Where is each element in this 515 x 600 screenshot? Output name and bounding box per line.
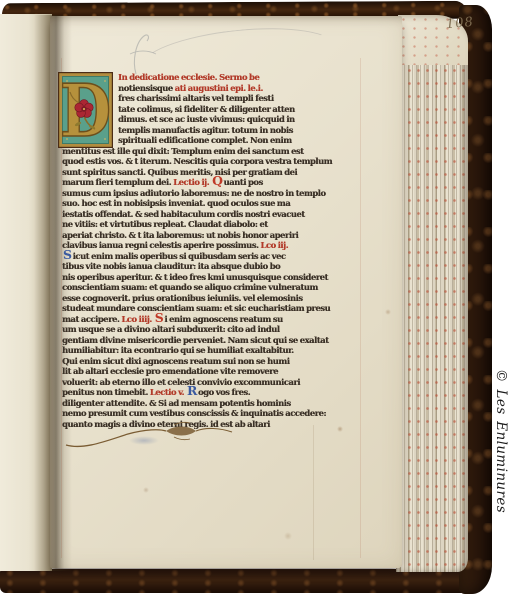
- body-text: icut enim malis operibus si quibusdam se…: [73, 251, 286, 261]
- body-text: conscientiam suam: et quando se aliquo c…: [62, 282, 318, 292]
- body-text: i enim agnoscens reatum su: [164, 314, 282, 324]
- copyright-credit: © Les Enluminures: [491, 280, 509, 600]
- body-text: studeat mundare conscientiam suam: et si…: [62, 303, 330, 313]
- text-line: penitus non timebit. Lectio v. Rogo vos …: [62, 387, 362, 398]
- body-text: voluerit: ab eterno illo et celesti conv…: [62, 377, 300, 387]
- text-line: aperiat christo. & t ita laboremus: ut n…: [62, 230, 362, 241]
- body-text: ogo vos fres.: [198, 387, 250, 397]
- body-text: lit ab altari ecclesie pro emendatione v…: [62, 366, 278, 376]
- rubric-text: Lectio ij.: [173, 177, 211, 187]
- decorated-initial: Q: [212, 173, 222, 188]
- text-line: tibus vite nobis ianua clauditur: ita ab…: [62, 261, 362, 272]
- folio-number: 108: [445, 15, 474, 32]
- body-text: spirituali edificatione complet. Non eni…: [118, 135, 292, 145]
- body-text: marum fieri templum dei.: [62, 177, 173, 187]
- body-text: humiliabitur: ita econtrario qui se humi…: [62, 345, 294, 355]
- body-text: diligenter attendite. & Si ad mensam pot…: [62, 398, 291, 408]
- text-line: mat accipere. Lco iiij. Si enim agnoscen…: [62, 314, 362, 325]
- text-line: nis operibus aperitur. & t ideo fres kmi…: [62, 272, 362, 283]
- rubric-text: Lectio v.: [150, 387, 186, 397]
- body-text: sumus cum ipsius adiutorio laboremus: ne…: [62, 188, 326, 198]
- text-line: clavibus ianua regni celestis aperire po…: [62, 240, 362, 251]
- text-line: um usque se a divino altari subduxerit: …: [62, 324, 362, 335]
- body-text: suo. hoc est in nobisipsis inveniat. quo…: [62, 198, 290, 208]
- page-stack-fore-edge: [396, 38, 468, 572]
- body-text: tate colimus, si fideliter & diligenter …: [118, 104, 295, 114]
- text-line: diligenter attendite. & Si ad mensam pot…: [62, 398, 362, 409]
- pen-flourish-icon: [62, 419, 237, 449]
- body-text: Qui enim sicut dixi agnoscens reatum sui…: [62, 356, 289, 366]
- text-line: esse cognoverit. prius orationibus ieiun…: [62, 293, 362, 304]
- body-text: quod estis vos. & t iterum. Nescitis qui…: [62, 156, 332, 166]
- text-line: studeat mundare conscientiam suam: et si…: [62, 303, 362, 314]
- body-text: uanti pos: [224, 177, 263, 187]
- text-line: gentiam divine misericordie perveniet. N…: [62, 335, 362, 346]
- decorated-initial: R: [187, 383, 197, 398]
- body-text: esse cognoverit. prius orationibus ieiun…: [62, 293, 302, 303]
- rubric-text: In dedicatione ecclesie. Sermo be: [118, 72, 259, 82]
- facing-page-edge: [0, 14, 52, 571]
- body-text: iestatis offendat. & sed habitaculum cor…: [62, 209, 305, 219]
- text-line: iestatis offendat. & sed habitaculum cor…: [62, 209, 362, 220]
- body-text: templis manufactis agitur. totum in nobi…: [118, 125, 293, 135]
- body-text: fres charissimi altaris vel templi festi: [118, 93, 274, 103]
- text-line: suo. hoc est in nobisipsis inveniat. quo…: [62, 198, 362, 209]
- body-text: ne vitiis: et virtutibus repleat. Clauda…: [62, 219, 268, 229]
- rubric-text: ati augustini epi. le.i.: [175, 83, 263, 93]
- body-text: tibus vite nobis ianua clauditur: ita ab…: [62, 261, 280, 271]
- body-text: mat accipere.: [62, 314, 121, 324]
- rubric-text: Lco iij.: [260, 240, 288, 250]
- text-line: Qui enim sicut dixi agnoscens reatum sui…: [62, 356, 362, 367]
- body-text: penitus non timebit.: [62, 387, 150, 397]
- illuminated-initial: D: [58, 72, 113, 148]
- text-line: Sicut enim malis operibus si quibusdam s…: [62, 251, 362, 262]
- text-line: lit ab altari ecclesie pro emendatione v…: [62, 366, 362, 377]
- body-text: gentiam divine misericordie perveniet. N…: [62, 335, 329, 345]
- body-text: clavibus ianua regni celestis aperire po…: [62, 240, 260, 250]
- body-text: notiensisque: [118, 83, 175, 93]
- text-line: humiliabitur: ita econtrario qui se humi…: [62, 345, 362, 356]
- text-line: sumus cum ipsius adiutorio laboremus: ne…: [62, 188, 362, 199]
- page-crease: [313, 425, 314, 560]
- text-line: nemo presumit cum vestibus conscissis & …: [62, 408, 362, 419]
- decorated-initial: S: [155, 310, 164, 325]
- body-text: nemo presumit cum vestibus conscissis & …: [62, 408, 326, 418]
- body-text: nis operibus aperitur. & t ideo fres kmi…: [62, 272, 328, 282]
- body-text: dimus. et sce ac iuste vivimus: quicquid…: [118, 114, 295, 124]
- photo-of-manuscript-book: 108 D In dedic: [0, 0, 515, 600]
- text-line: marum fieri templum dei. Lectio ij. Quan…: [62, 177, 362, 188]
- body-text: um usque se a divino altari subduxerit: …: [62, 324, 280, 334]
- rubric-text: Lco iiij.: [121, 314, 153, 324]
- book-cover-bottom-edge: [0, 569, 479, 593]
- text-line: voluerit: ab eterno illo et celesti conv…: [62, 377, 362, 388]
- body-text: sunt spiritus sancti. Quibus meritis, ni…: [62, 167, 297, 177]
- decorated-initial: S: [63, 247, 72, 262]
- body-text: aperiat christo. & t ita laboremus: ut n…: [62, 230, 298, 240]
- text-line: ne vitiis: et virtutibus repleat. Clauda…: [62, 219, 362, 230]
- text-line: quod estis vos. & t iterum. Nescitis qui…: [62, 156, 362, 167]
- text-line: conscientiam suam: et quando se aliquo c…: [62, 282, 362, 293]
